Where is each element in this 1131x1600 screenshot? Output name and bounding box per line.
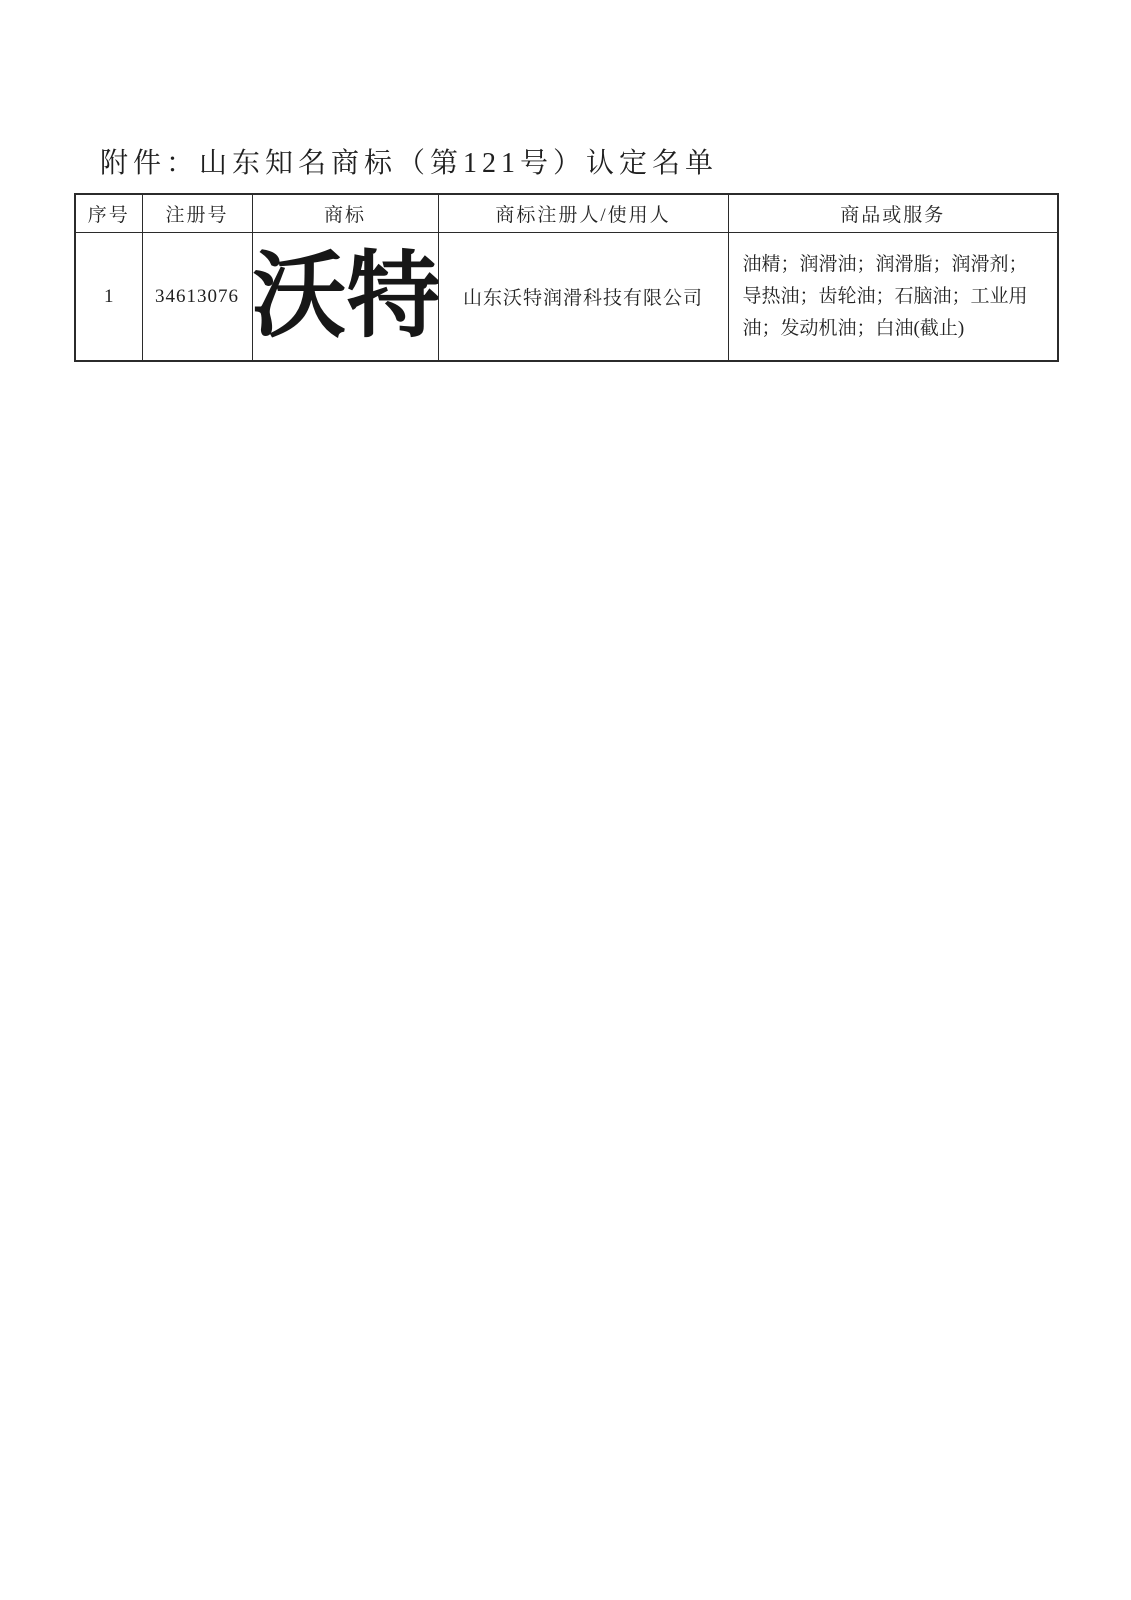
document-page: 附件：山东知名商标（第121号）认定名单 序号 注册号 商标 商标注册人/使用人… bbox=[0, 0, 1131, 1600]
cell-trademark: 沃特 bbox=[252, 233, 438, 362]
cell-registration-number: 34613076 bbox=[142, 233, 252, 362]
cell-index: 1 bbox=[75, 233, 142, 362]
goods-services-text: 油精；润滑油；润滑脂；润滑剂； 导热油；齿轮油；石脑油；工业用 油；发动机油；白… bbox=[729, 249, 1058, 345]
goods-line: 油精；润滑油；润滑脂；润滑剂； bbox=[743, 249, 1048, 281]
header-cell-goods: 商品或服务 bbox=[728, 194, 1058, 233]
cell-goods-services: 油精；润滑油；润滑脂；润滑剂； 导热油；齿轮油；石脑油；工业用 油；发动机油；白… bbox=[728, 233, 1058, 362]
goods-line: 导热油；齿轮油；石脑油；工业用 bbox=[743, 281, 1048, 313]
table-header-row: 序号 注册号 商标 商标注册人/使用人 商品或服务 bbox=[75, 194, 1058, 233]
trademark-table: 序号 注册号 商标 商标注册人/使用人 商品或服务 1 34613076 沃特 … bbox=[74, 193, 1059, 362]
header-cell-index: 序号 bbox=[75, 194, 142, 233]
header-cell-reg-no: 注册号 bbox=[142, 194, 252, 233]
table-row: 1 34613076 沃特 山东沃特润滑科技有限公司 油精；润滑油；润滑脂；润滑… bbox=[75, 233, 1058, 362]
cell-registrant: 山东沃特润滑科技有限公司 bbox=[438, 233, 728, 362]
goods-line: 油；发动机油；白油(截止) bbox=[743, 313, 1048, 345]
header-cell-registrant: 商标注册人/使用人 bbox=[438, 194, 728, 233]
trademark-logo-text: 沃特 bbox=[253, 250, 438, 344]
header-cell-trademark: 商标 bbox=[252, 194, 438, 233]
document-title: 附件：山东知名商标（第121号）认定名单 bbox=[100, 141, 718, 181]
